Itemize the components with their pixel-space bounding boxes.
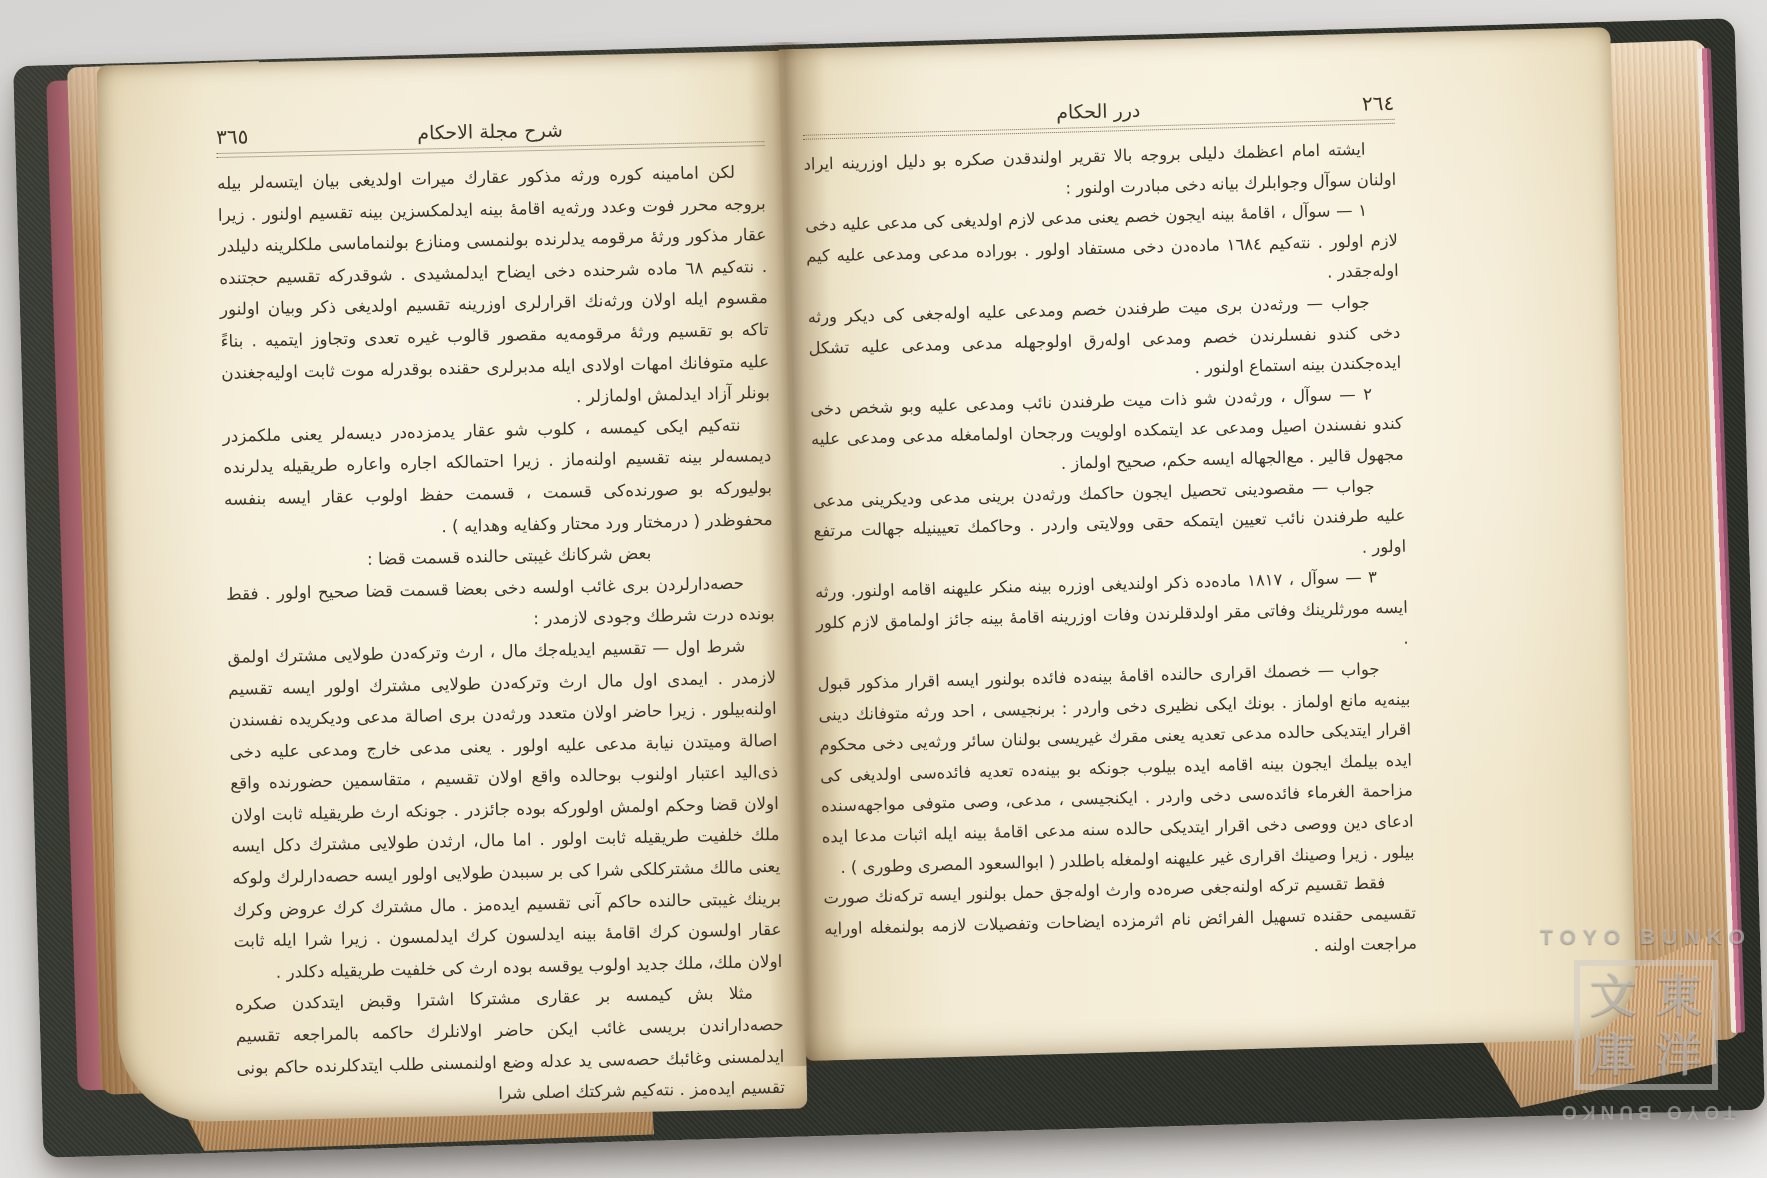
paragraph: مثلا بش كيمسه بر عقارى مشتركا اشترا وقبض… [235, 977, 786, 1115]
paragraph: جواب — خصمك اقرارى حالنده اقامهٔ بينه‌ده… [817, 654, 1415, 884]
page-number-left: ٣٦٥ [216, 123, 307, 149]
paragraph: فقط تقسيم تركه اولنه‌جغى صره‌ده وارث اول… [823, 868, 1417, 976]
paragraph: ٢ — سوآل ، ورثه‌دن شو ذات ميت طرفندن نائ… [810, 378, 1404, 486]
paragraph: نته‌كيم ايكى كيمسه ، كلوب شو عقار يدمزده… [222, 409, 773, 547]
body-text-right: ايشته امام اعظمك دليلى بروجه بالا تقرير … [803, 134, 1417, 976]
body-text-left: لكن امامينه كوره ورثه مذكور عقارك ميرات … [217, 156, 786, 1116]
page-left: شرح مجلة الاحكام ٣٦٥ لكن امامينه كوره ور… [97, 51, 808, 1124]
paragraph: شرط اول — تقسيم ايديله‌جك مال ، ارث وترك… [227, 630, 782, 989]
page-number-right: ٢٦٤ [1304, 91, 1395, 117]
page-right: ٢٦٤ درر الحكام ايشته امام اعظمك دليلى بر… [778, 27, 1637, 1061]
page-right-content: ٢٦٤ درر الحكام ايشته امام اعظمك دليلى بر… [802, 91, 1417, 976]
paragraph: ٣ — سوآل ، ١٨١٧ ماده‌ده ذكر اولنديغى اوز… [815, 562, 1409, 670]
paragraph: لكن امامينه كوره ورثه مذكور عقارك ميرات … [217, 156, 770, 421]
book-photo: شرح مجلة الاحكام ٣٦٥ لكن امامينه كوره ور… [0, 0, 1767, 1178]
paragraph: حصه‌دارلردن برى غائب اولسه دخى بعضا قسمت… [226, 567, 775, 642]
paragraph: جواب — ورثه‌دن برى ميت طرفندن خصم ومدعى … [807, 287, 1401, 395]
page-left-content: شرح مجلة الاحكام ٣٦٥ لكن امامينه كوره ور… [216, 113, 785, 1116]
paragraph: جواب — مقصودينى تحصيل ايجون حاكمك ورثه‌د… [812, 470, 1406, 578]
paragraph: ١ — سوآل ، اقامهٔ بينه ايجون خصم يعنى مد… [805, 195, 1399, 303]
running-title-left: شرح مجلة الاحكام [306, 117, 674, 147]
